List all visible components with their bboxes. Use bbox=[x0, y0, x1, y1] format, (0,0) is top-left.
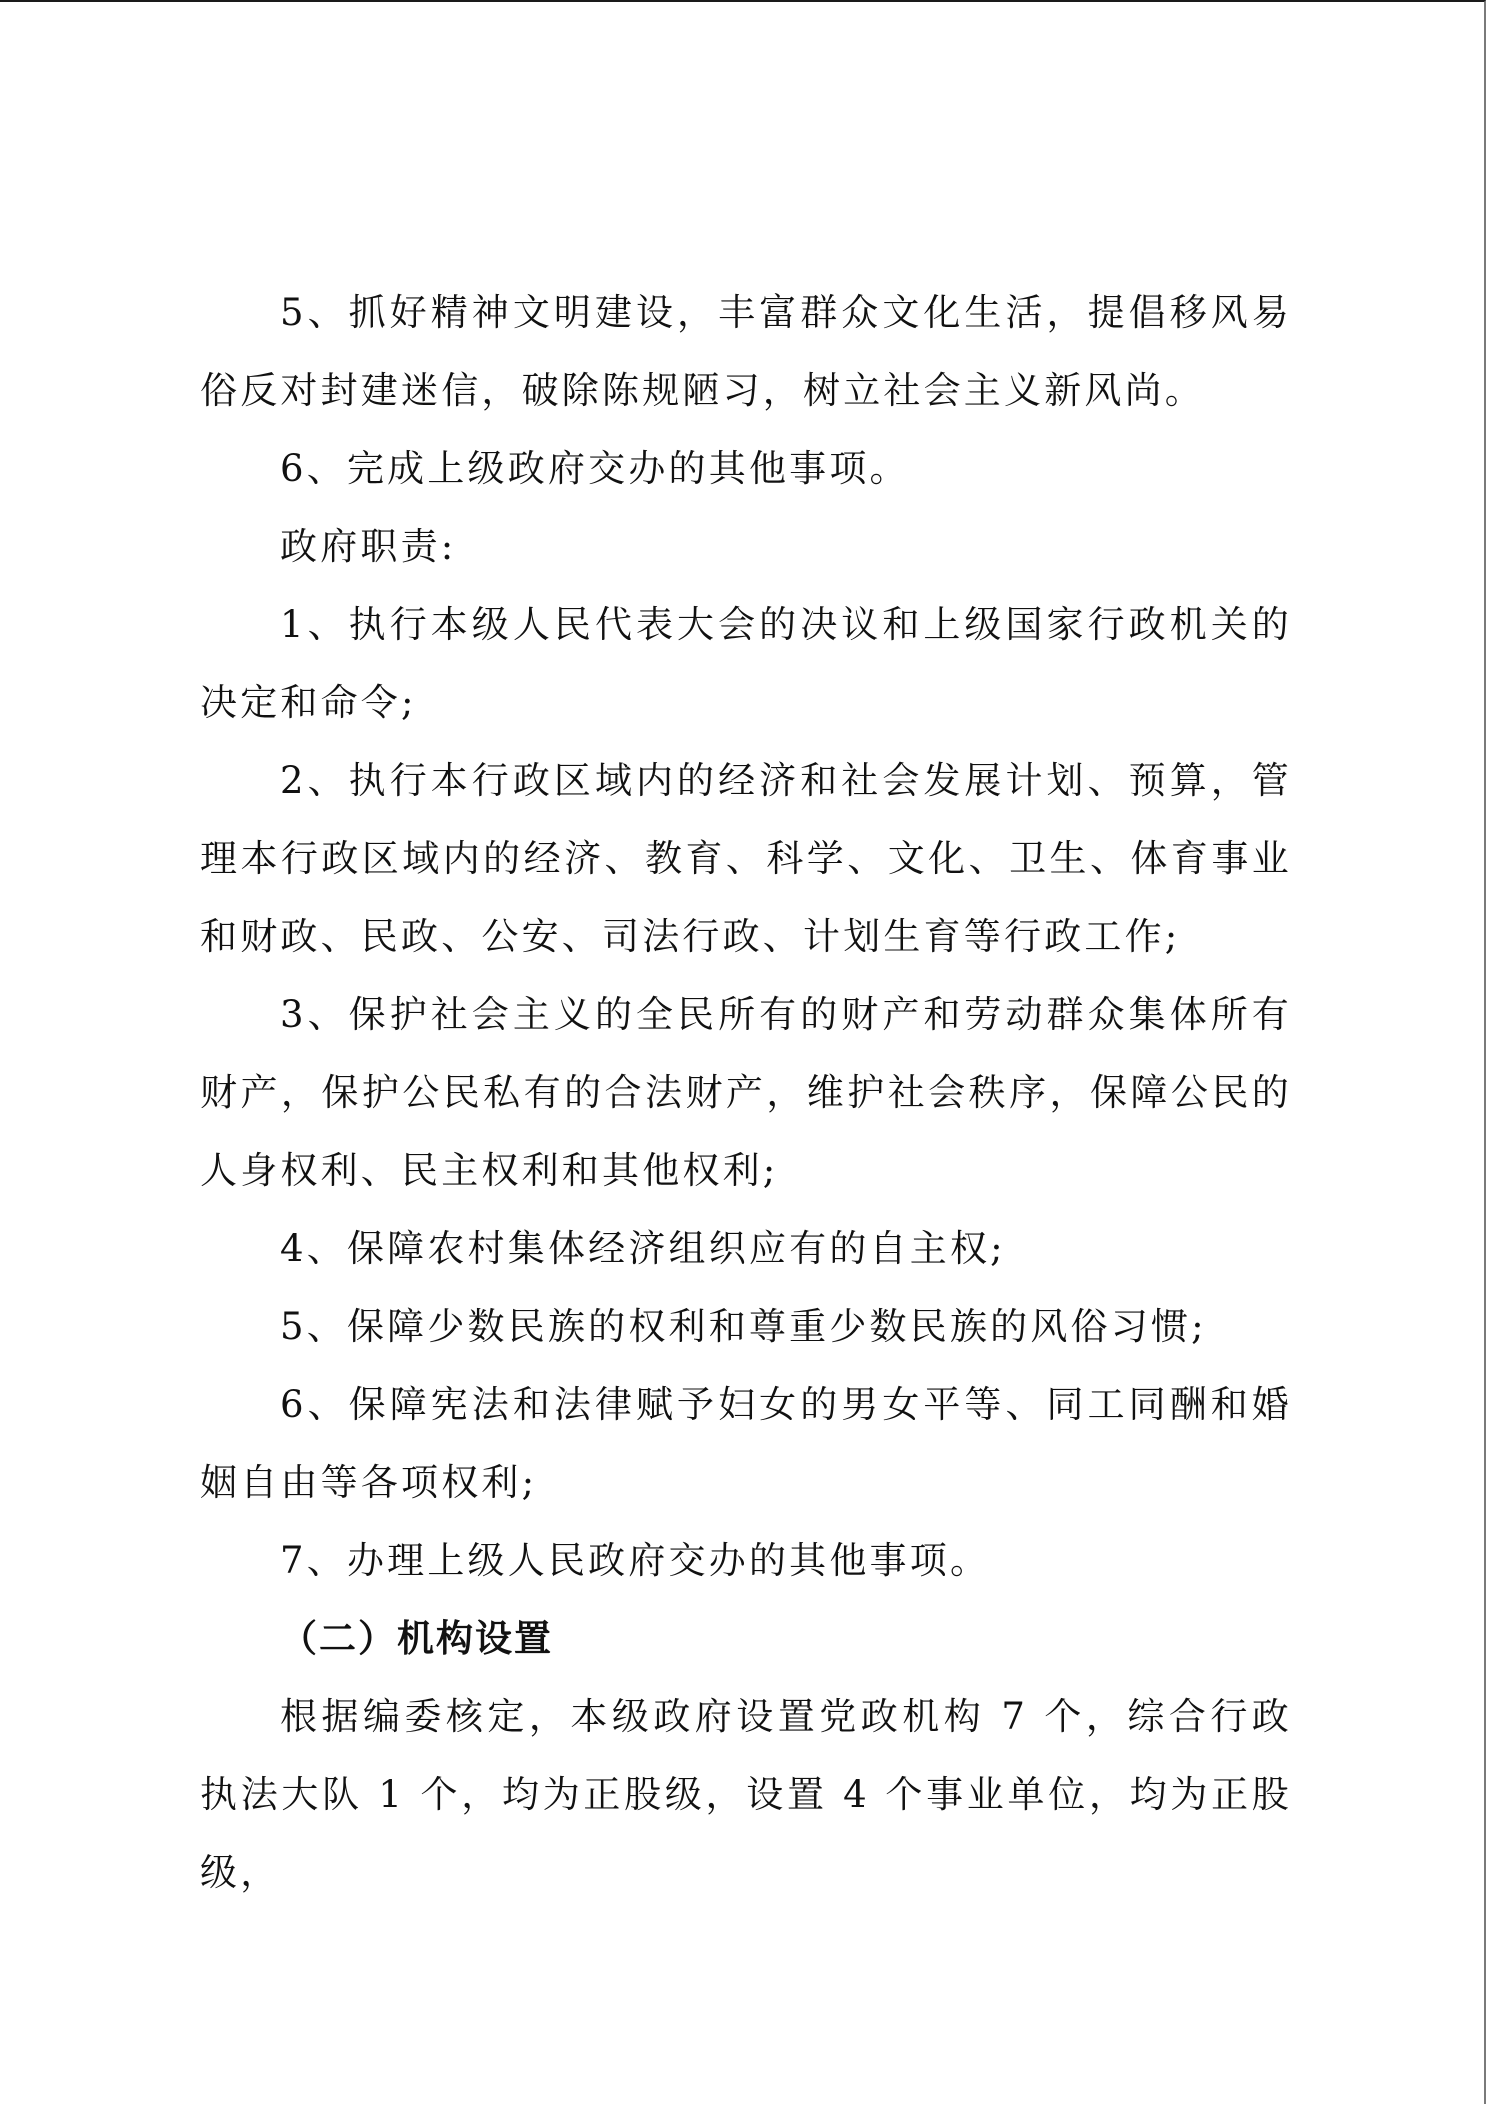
paragraph-duty-6: 6、保障宪法和法律赋予妇女的男女平等、同工同酬和婚姻自由等各项权利; bbox=[200, 1366, 1292, 1522]
paragraph-duty-2: 2、执行本行政区域内的经济和社会发展计划、预算，管理本行政区域内的经济、教育、科… bbox=[200, 742, 1292, 976]
paragraph-item-5-spiritual-civilization: 5、抓好精神文明建设，丰富群众文化生活，提倡移风易俗反对封建迷信，破除陈规陋习，… bbox=[200, 274, 1292, 430]
paragraph-duty-3: 3、保护社会主义的全民所有的财产和劳动群众集体所有财产，保护公民私有的合法财产，… bbox=[200, 976, 1292, 1210]
document-page: 5、抓好精神文明建设，丰富群众文化生活，提倡移风易俗反对封建迷信，破除陈规陋习，… bbox=[0, 0, 1486, 2104]
paragraph-duty-7: 7、办理上级人民政府交办的其他事项。 bbox=[200, 1522, 1292, 1600]
paragraph-duty-1: 1、执行本级人民代表大会的决议和上级国家行政机关的决定和命令; bbox=[200, 586, 1292, 742]
paragraph-duty-4: 4、保障农村集体经济组织应有的自主权; bbox=[200, 1210, 1292, 1288]
document-body: 5、抓好精神文明建设，丰富群众文化生活，提倡移风易俗反对封建迷信，破除陈规陋习，… bbox=[200, 274, 1292, 1912]
paragraph-government-duties-label: 政府职责: bbox=[200, 508, 1292, 586]
paragraph-organization-setup: 根据编委核定，本级政府设置党政机构 7 个，综合行政执法大队 1 个，均为正股级… bbox=[200, 1678, 1292, 1912]
section-heading-organization: （二）机构设置 bbox=[200, 1600, 1292, 1678]
paragraph-item-6-other-matters: 6、完成上级政府交办的其他事项。 bbox=[200, 430, 1292, 508]
paragraph-duty-5: 5、保障少数民族的权利和尊重少数民族的风俗习惯; bbox=[200, 1288, 1292, 1366]
